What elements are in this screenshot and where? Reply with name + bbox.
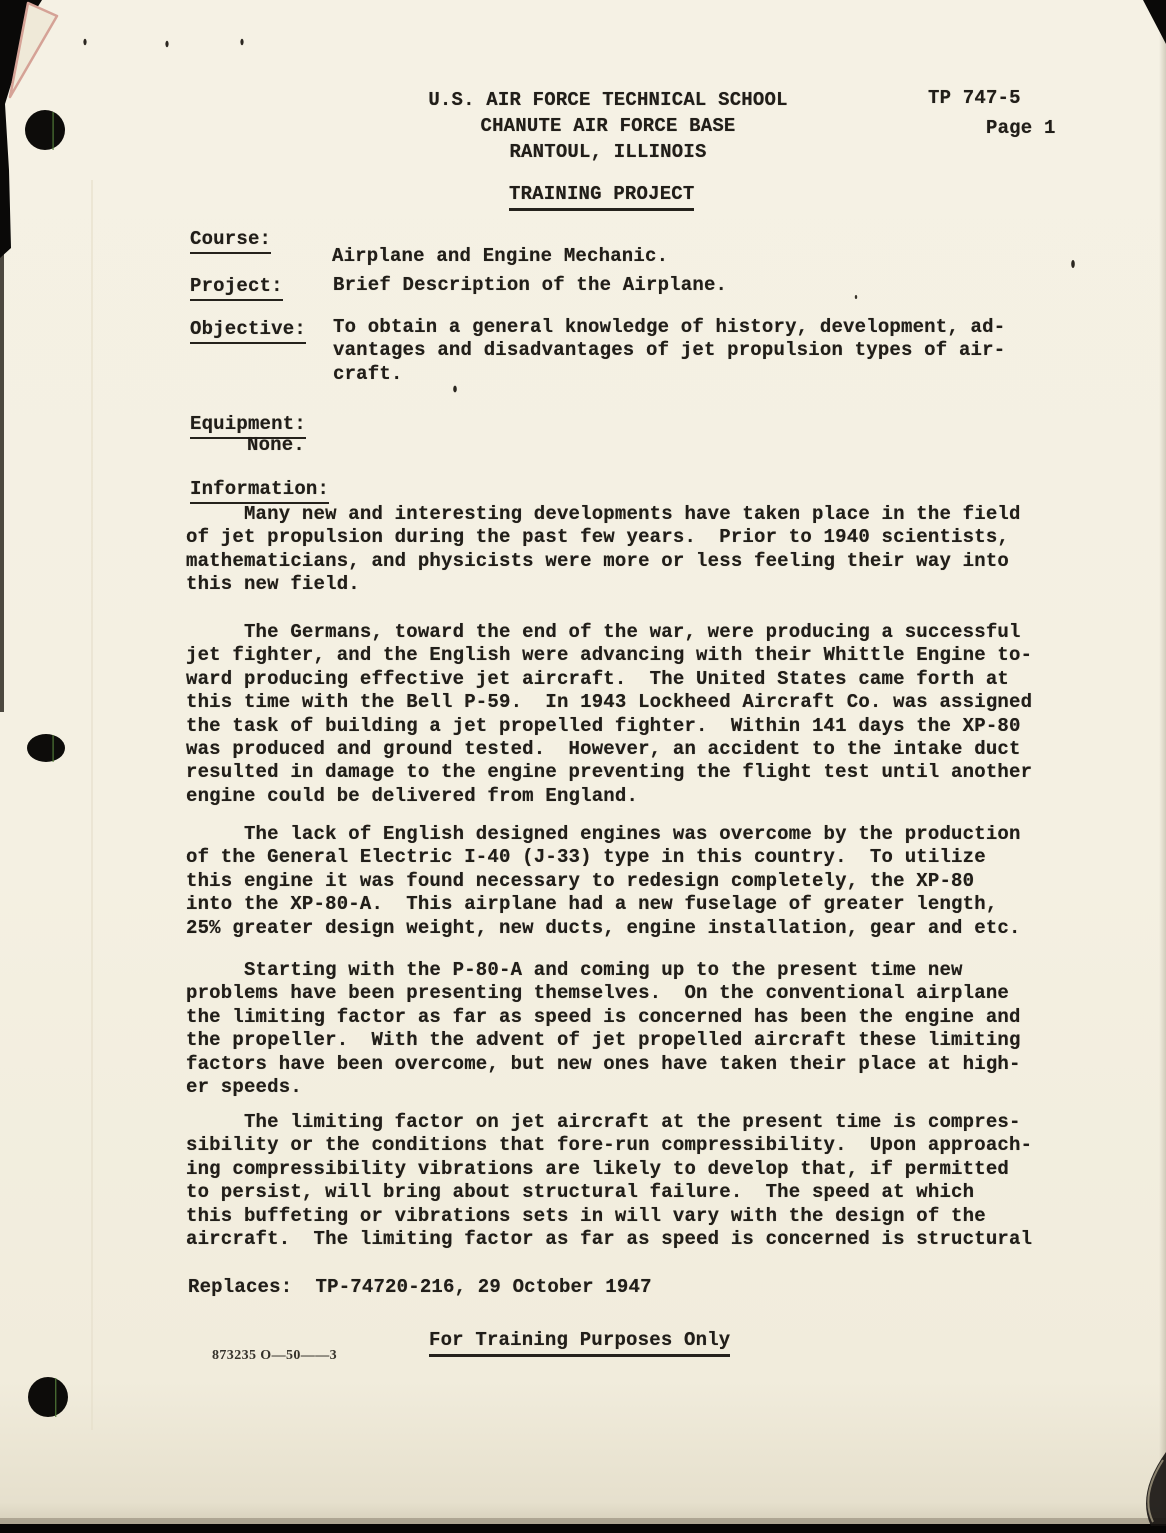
gpo-print-code: 873235 O—50——3: [212, 1348, 337, 1364]
paragraph-5: The limiting factor on jet aircraft at t…: [186, 1111, 1032, 1251]
page-title-text: TRAINING PROJECT: [509, 183, 694, 211]
objective-label: Objective:: [190, 318, 306, 344]
doc-number: TP 747-5: [928, 87, 1021, 110]
paragraph-1: Many new and interesting developments ha…: [186, 503, 1021, 597]
letterhead: U.S. AIR FORCE TECHNICAL SCHOOLCHANUTE A…: [427, 87, 789, 165]
page-title: TRAINING PROJECT: [509, 183, 694, 211]
paragraph-2: The Germans, toward the end of the war, …: [186, 621, 1032, 808]
training-purposes-note: For Training Purposes Only: [429, 1329, 730, 1357]
project-value: Brief Description of the Airplane.: [333, 274, 727, 297]
course-label: Course:: [190, 228, 271, 254]
information-label: Information:: [190, 478, 329, 504]
paper-right-edge-shadow: [1159, 0, 1166, 1533]
project-label: Project:: [190, 275, 283, 301]
page-number: Page 1: [986, 117, 1056, 140]
replaces-line: Replaces: TP-74720-216, 29 October 1947: [188, 1276, 652, 1299]
paragraph-4: Starting with the P-80-A and coming up t…: [186, 959, 1021, 1099]
paper-crease: [91, 180, 93, 1430]
scanned-document-page: { "page": { "header": { "school_lines": …: [0, 0, 1166, 1533]
objective-value: To obtain a general knowledge of history…: [333, 316, 1005, 386]
course-value: Airplane and Engine Mechanic.: [332, 245, 668, 268]
paragraph-3: The lack of English designed engines was…: [186, 823, 1021, 940]
equipment-value: None.: [247, 434, 305, 457]
